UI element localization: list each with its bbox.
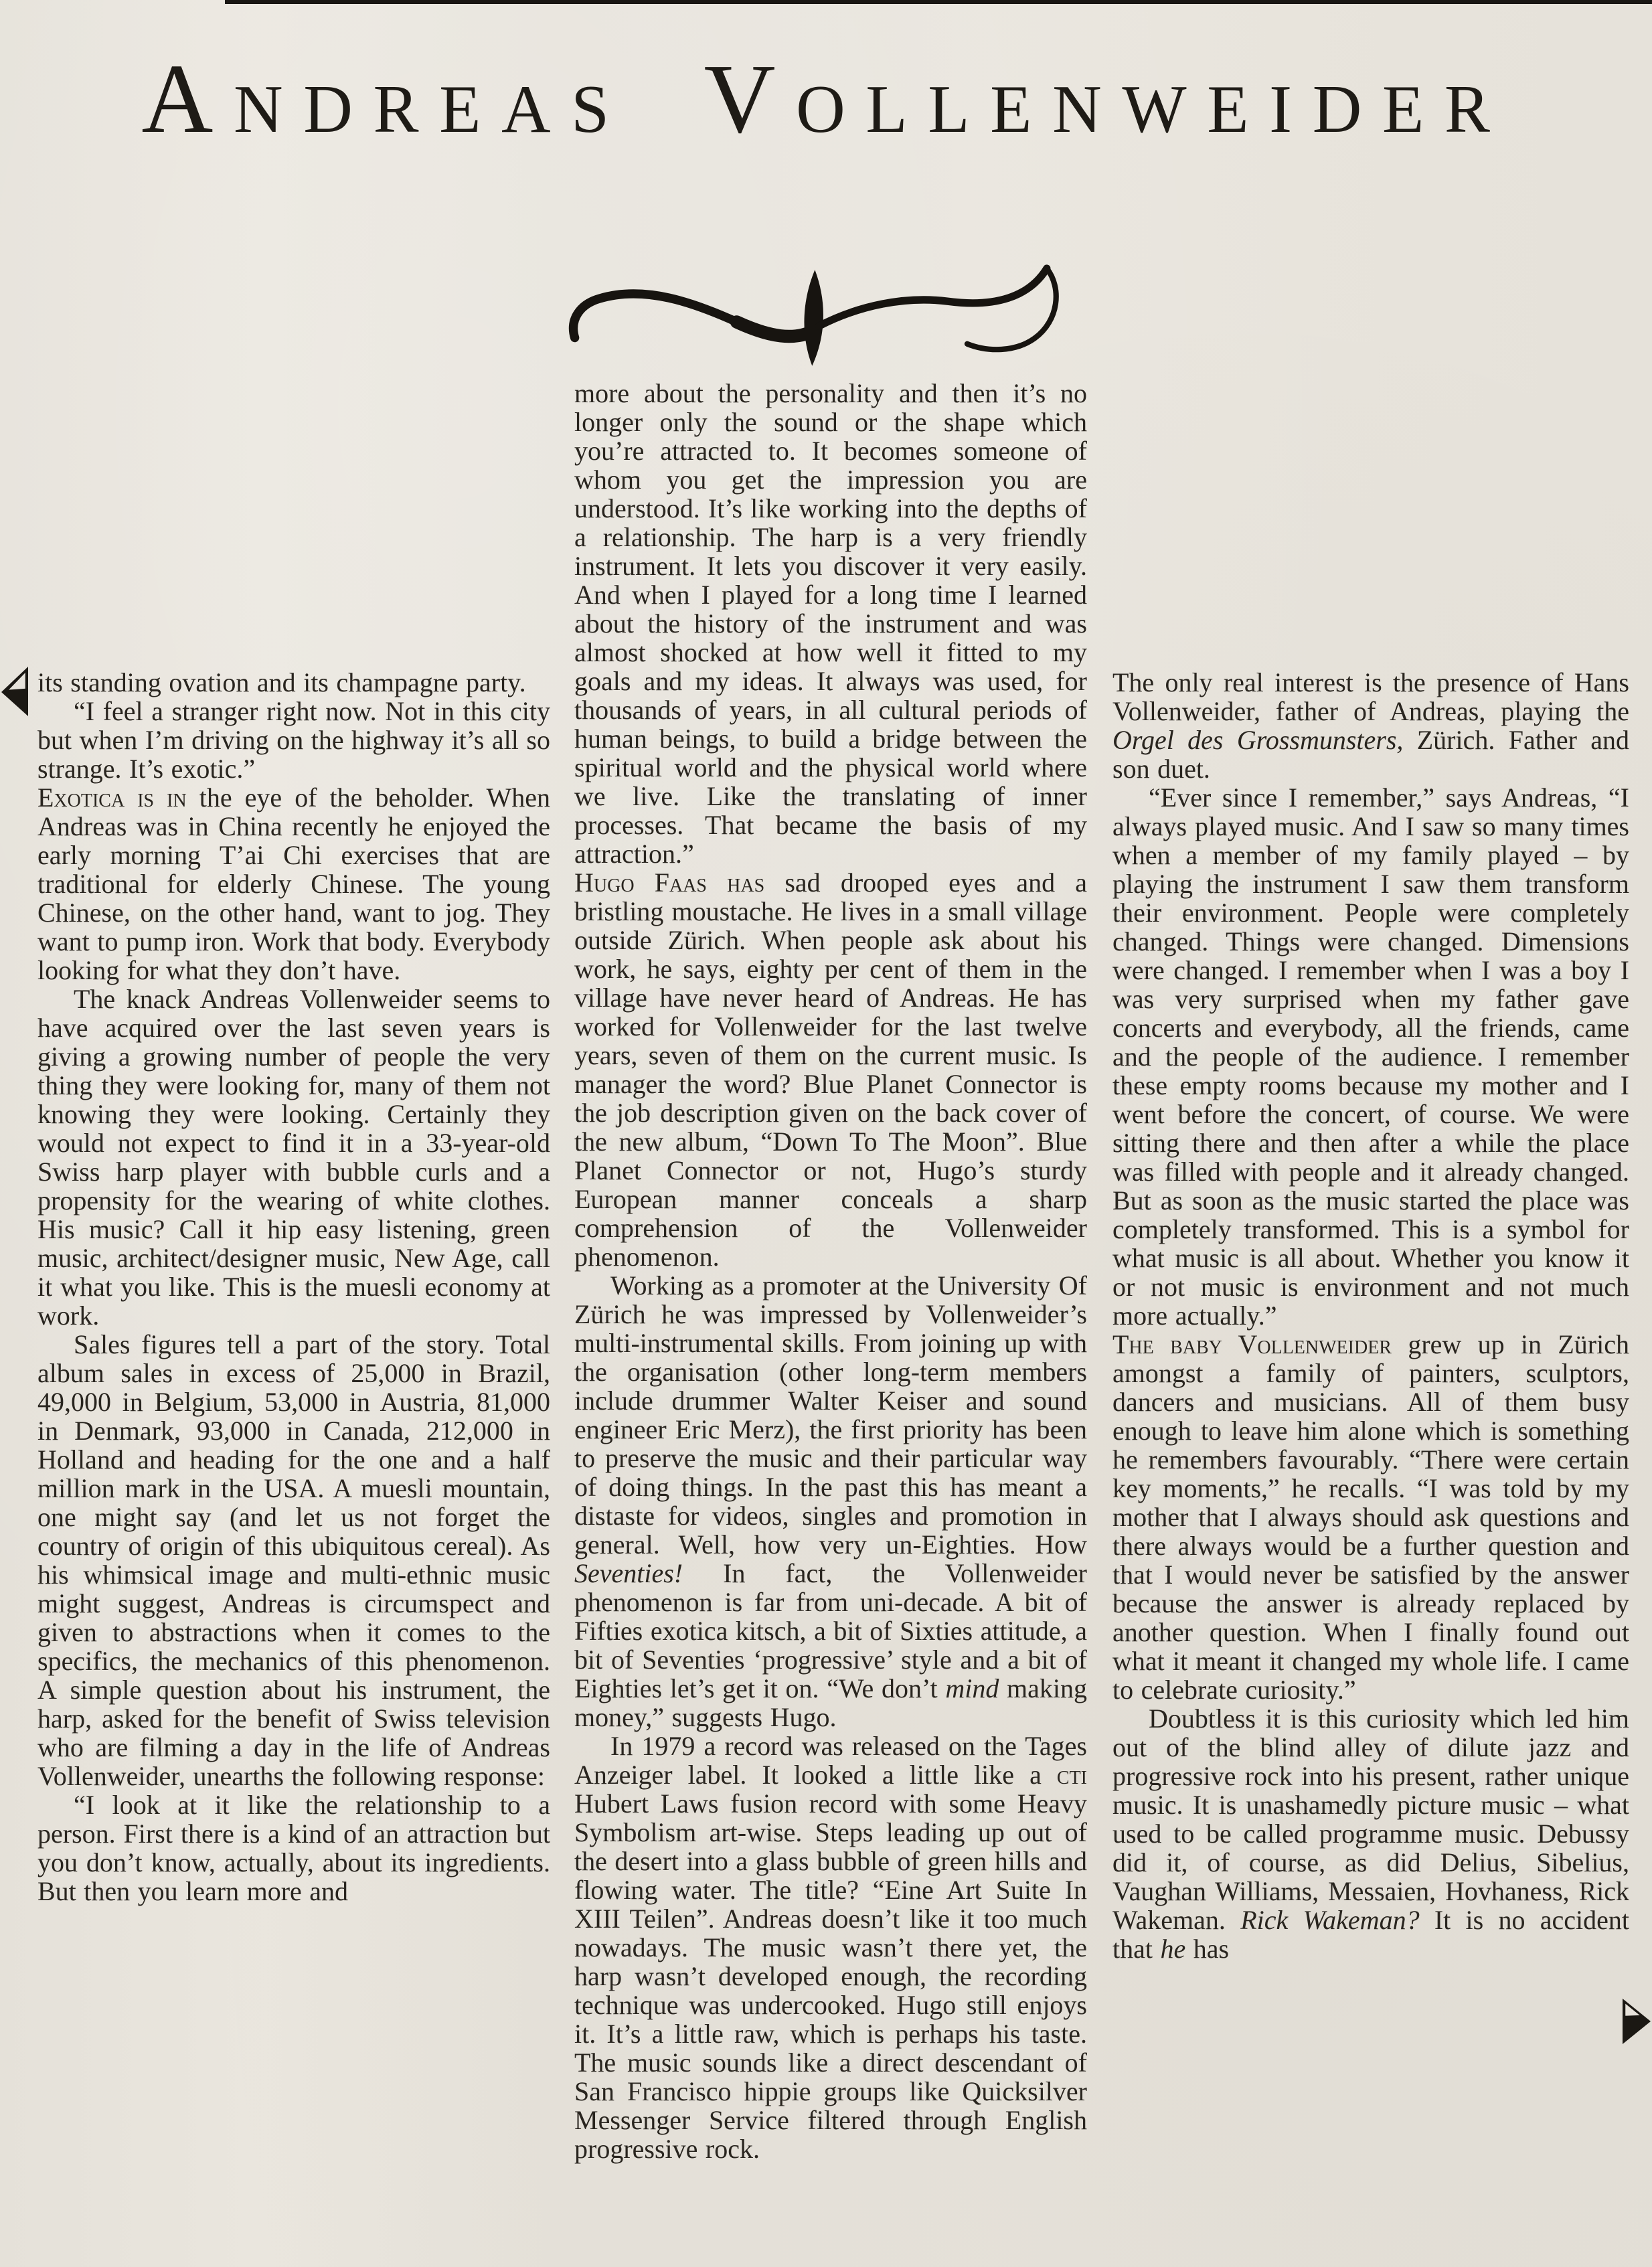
paragraph: Sales figures tell a part of the story. … bbox=[37, 1330, 550, 1790]
continued-on-next-page-arrow-icon bbox=[1621, 1997, 1652, 2045]
article-column-left: its standing ovation and its champagne p… bbox=[37, 668, 550, 1906]
paragraph: “I feel a stranger right now. Not in thi… bbox=[37, 697, 550, 783]
title-initial-a: A bbox=[141, 44, 233, 154]
paragraph: In 1979 a record was released on the Tag… bbox=[574, 1732, 1087, 2163]
calligraphic-flourish-icon bbox=[564, 240, 1099, 377]
article-column-right: The only real interest is the presence o… bbox=[1112, 668, 1629, 1963]
continued-from-previous-arrow-icon bbox=[0, 665, 29, 718]
article-column-middle: more about the personality and then it’s… bbox=[574, 379, 1087, 2163]
paragraph: more about the personality and then it’s… bbox=[574, 379, 1087, 868]
paragraph: “Ever since I remember,” says Andreas, “… bbox=[1112, 783, 1629, 1330]
paragraph: The knack Andreas Vollenweider seems to … bbox=[37, 985, 550, 1330]
page-top-rule bbox=[225, 0, 1652, 4]
paragraph: Doubtless it is this curiosity which led… bbox=[1112, 1704, 1629, 1963]
paragraph-section-exotica: Exotica is in the eye of the beholder. W… bbox=[37, 783, 550, 985]
title-word-andreas: NDREAS bbox=[234, 72, 630, 147]
magazine-page: { "page": { "background_color": "#e7e3db… bbox=[0, 0, 1652, 2267]
title-word-vollenweider: OLLENWEIDER bbox=[796, 72, 1510, 147]
paragraph: “I look at it like the relationship to a… bbox=[37, 1790, 550, 1906]
page-title: ANDREASVOLLENWEIDER bbox=[0, 50, 1652, 149]
paragraph: its standing ovation and its champagne p… bbox=[37, 668, 550, 697]
paragraph: The only real interest is the presence o… bbox=[1112, 668, 1629, 783]
paragraph-section-hugo-faas: Hugo Faas has sad drooped eyes and a bri… bbox=[574, 868, 1087, 1271]
title-initial-v: V bbox=[704, 44, 796, 154]
paragraph-section-baby-vollenweider: The baby Vollenweider grew up in Zürich … bbox=[1112, 1330, 1629, 1704]
paragraph: Working as a promoter at the University … bbox=[574, 1271, 1087, 1732]
